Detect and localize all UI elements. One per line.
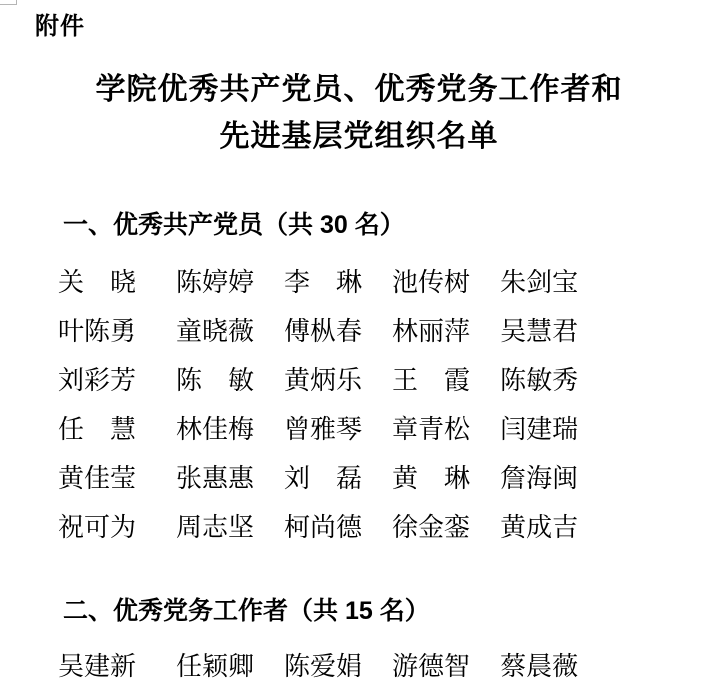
member-row: 吴建新 任颖卿 陈爱娟 游德智 蔡晨薇	[58, 640, 578, 689]
document-title-line1: 学院优秀共产党员、优秀党务工作者和	[0, 66, 718, 113]
member-name: 林丽萍	[392, 311, 470, 348]
member-name: 刘彩芳	[58, 360, 136, 397]
member-name: 王 霞	[392, 360, 470, 397]
member-name: 任颖卿	[176, 646, 254, 683]
section-2-heading: 二、优秀党务工作者（共 15 名）	[63, 594, 430, 628]
member-name: 章青松	[392, 409, 470, 446]
member-name: 游德智	[392, 646, 470, 683]
member-name: 李 琳	[284, 262, 362, 299]
member-name: 吴建新	[58, 646, 136, 683]
member-row: 关 晓 陈婷婷 李 琳 池传树 朱剑宝	[58, 256, 578, 305]
document-title: 学院优秀共产党员、优秀党务工作者和 先进基层党组织名单	[0, 66, 718, 160]
section-1-name-list: 关 晓 陈婷婷 李 琳 池传树 朱剑宝 叶陈勇 童晓薇 傅枞春 林丽萍 吴慧君 …	[58, 256, 578, 550]
member-name: 柯尚德	[284, 507, 362, 544]
member-name: 闫建瑞	[500, 409, 578, 446]
member-name: 黄 琳	[392, 458, 470, 495]
member-name: 池传树	[392, 262, 470, 299]
member-name: 徐金銮	[392, 507, 470, 544]
member-row: 祝可为 周志坚 柯尚德 徐金銮 黄成吉	[58, 501, 578, 550]
member-name: 傅枞春	[284, 311, 362, 348]
attachment-label: 附件	[35, 6, 85, 41]
member-row: 刘彩芳 陈 敏 黄炳乐 王 霞 陈敏秀	[58, 354, 578, 403]
member-name: 关 晓	[58, 262, 136, 299]
member-name: 叶陈勇	[58, 311, 136, 348]
member-name: 张惠惠	[176, 458, 254, 495]
section-2-name-list: 吴建新 任颖卿 陈爱娟 游德智 蔡晨薇	[58, 640, 578, 689]
member-name: 蔡晨薇	[500, 646, 578, 683]
member-name: 黄炳乐	[284, 360, 362, 397]
member-name: 刘 磊	[284, 458, 362, 495]
member-name: 黄佳莹	[58, 458, 136, 495]
member-row: 黄佳莹 张惠惠 刘 磊 黄 琳 詹海闽	[58, 452, 578, 501]
member-name: 陈 敏	[176, 360, 254, 397]
section-1-heading: 一、优秀共产党员（共 30 名）	[63, 208, 405, 242]
member-name: 黄成吉	[500, 507, 578, 544]
member-name: 林佳梅	[176, 409, 254, 446]
document-page: 附件 学院优秀共产党员、优秀党务工作者和 先进基层党组织名单 一、优秀共产党员（…	[0, 0, 718, 691]
member-name: 陈敏秀	[500, 360, 578, 397]
member-row: 叶陈勇 童晓薇 傅枞春 林丽萍 吴慧君	[58, 305, 578, 354]
member-name: 祝可为	[58, 507, 136, 544]
member-name: 吴慧君	[500, 311, 578, 348]
member-name: 周志坚	[176, 507, 254, 544]
page-boundary-mark	[0, 0, 17, 5]
member-name: 曾雅琴	[284, 409, 362, 446]
member-name: 童晓薇	[176, 311, 254, 348]
member-name: 陈爱娟	[284, 646, 362, 683]
member-name: 詹海闽	[500, 458, 578, 495]
member-name: 陈婷婷	[176, 262, 254, 299]
document-title-line2: 先进基层党组织名单	[0, 113, 718, 160]
member-name: 朱剑宝	[500, 262, 578, 299]
member-row: 任 慧 林佳梅 曾雅琴 章青松 闫建瑞	[58, 403, 578, 452]
member-name: 任 慧	[58, 409, 136, 446]
